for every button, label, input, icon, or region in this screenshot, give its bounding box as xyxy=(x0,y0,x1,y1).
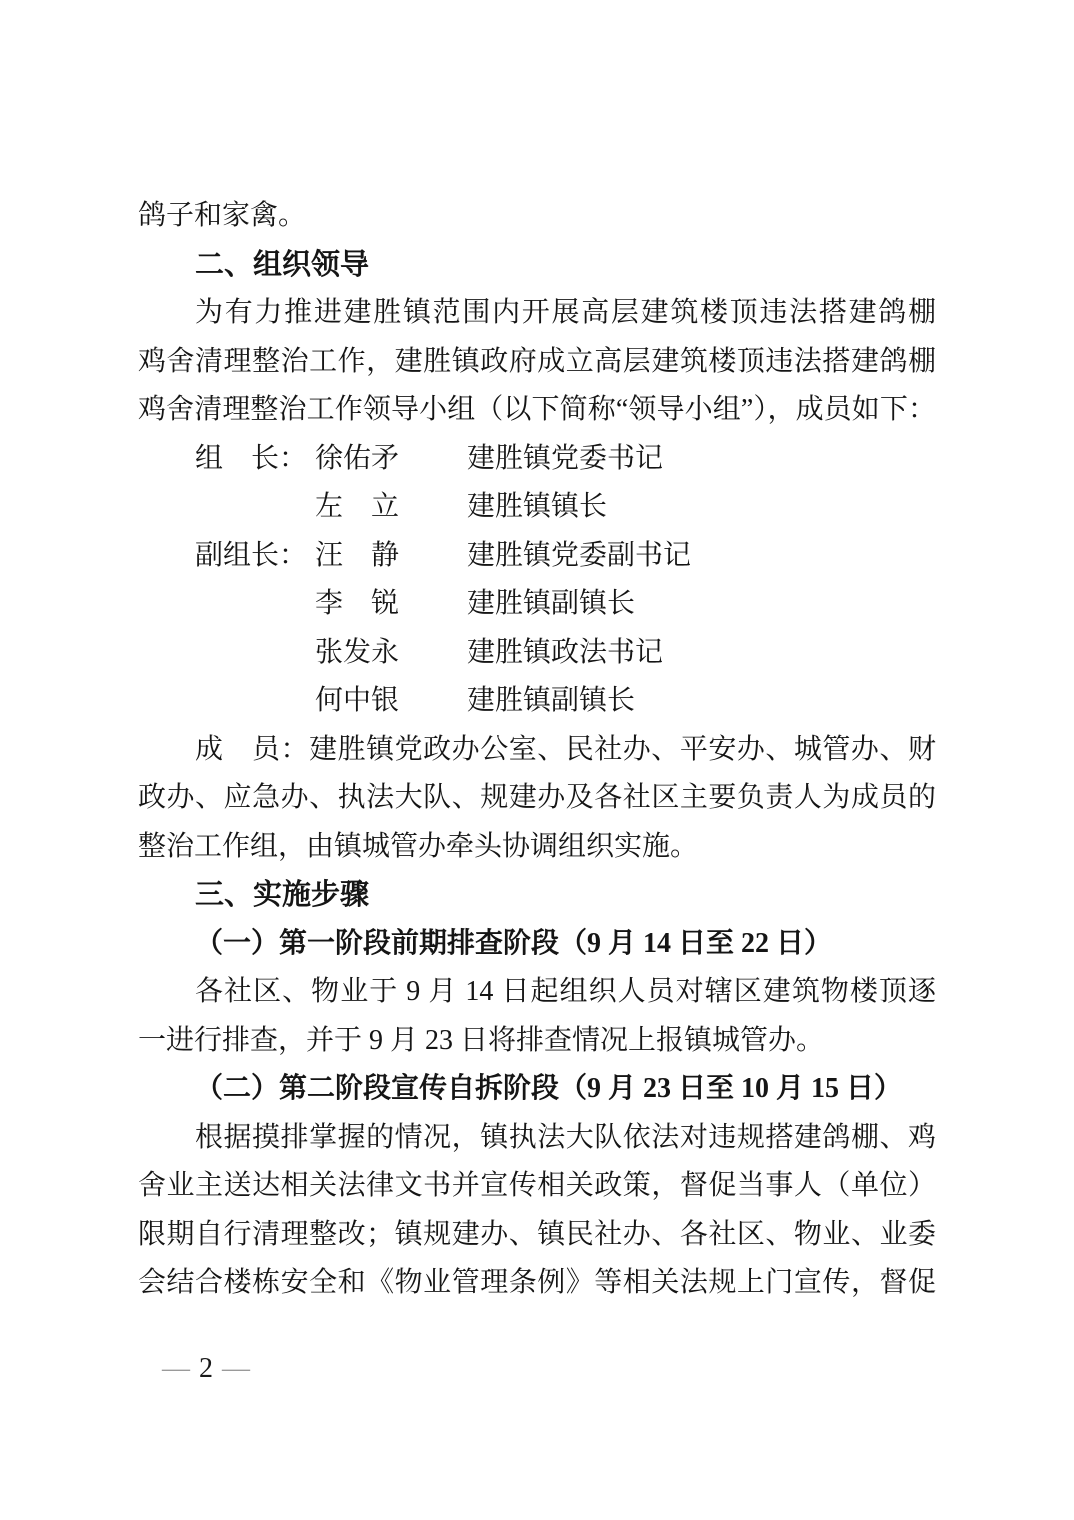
body-line: 限期自行清理整改；镇规建办、镇民社办、各社区、物业、业委 xyxy=(138,1211,936,1260)
phase2-heading: （二）第二阶段宣传自拆阶段（9 月 23 日至 10 月 15 日） xyxy=(138,1065,936,1114)
body-line: 舍业主送达相关法律文书并宣传相关政策，督促当事人（单位） xyxy=(138,1162,936,1211)
leader-row: 左 立建胜镇镇长 xyxy=(138,483,936,532)
section-heading-implementation-steps: 三、实施步骤 xyxy=(138,871,936,920)
leader-name: 左 立 xyxy=(315,483,407,532)
members-line: 政办、应急办、执法大队、规建办及各社区主要负责人为成员的 xyxy=(138,774,936,823)
body-line: 根据摸排掌握的情况，镇执法大队依法对违规搭建鸽棚、鸡 xyxy=(138,1114,936,1163)
body-line: 各社区、物业于 9 月 14 日起组织人员对辖区建筑物楼顶逐 xyxy=(138,968,936,1017)
leader-row: 张发永建胜镇政法书记 xyxy=(138,629,936,678)
leader-role-label: 副组长： xyxy=(195,532,315,581)
leader-row: 副组长：汪 静建胜镇党委副书记 xyxy=(138,532,936,581)
page-number-footer: —2— xyxy=(162,1345,250,1393)
members-line: 成 员：建胜镇党政办公室、民社办、平安办、城管办、财 xyxy=(138,726,936,775)
leader-title: 建胜镇副镇长 xyxy=(467,685,635,716)
leader-name: 李 锐 xyxy=(315,580,407,629)
leader-title: 建胜镇镇长 xyxy=(467,491,607,522)
leader-title: 建胜镇党委书记 xyxy=(467,443,663,474)
members-text: 建胜镇党政办公室、民社办、平安办、城管办、财 xyxy=(309,734,936,765)
leader-name: 何中银 xyxy=(315,677,407,726)
page-content: 鸽子和家禽。 二、组织领导 为有力推进建胜镇范围内开展高层建筑楼顶违法搭建鸽棚 … xyxy=(138,192,936,1308)
leader-row: 组 长：徐佑矛建胜镇党委书记 xyxy=(138,435,936,484)
leader-title: 建胜镇副镇长 xyxy=(467,588,635,619)
page-number-dash-left: — xyxy=(162,1353,190,1384)
page-number-dash-right: — xyxy=(222,1353,250,1384)
section-heading-organization-leadership: 二、组织领导 xyxy=(138,241,936,290)
leader-name: 张发永 xyxy=(315,629,407,678)
page-number: 2 xyxy=(190,1353,222,1384)
leader-role-label: 组 长： xyxy=(195,435,315,484)
leader-row: 李 锐建胜镇副镇长 xyxy=(138,580,936,629)
leader-name: 徐佑矛 xyxy=(315,435,407,484)
body-line: 会结合楼栋安全和《物业管理条例》等相关法规上门宣传，督促 xyxy=(138,1259,936,1308)
paragraph-continuation-line: 鸽子和家禽。 xyxy=(138,192,936,241)
body-line: 鸡舍清理整治工作，建胜镇政府成立高层建筑楼顶违法搭建鸽棚 xyxy=(138,338,936,387)
members-line: 整治工作组，由镇城管办牵头协调组织实施。 xyxy=(138,823,936,872)
members-role-label: 成 员： xyxy=(195,734,309,765)
body-line: 一进行排查，并于 9 月 23 日将排查情况上报镇城管办。 xyxy=(138,1017,936,1066)
leader-title: 建胜镇政法书记 xyxy=(467,637,663,668)
body-line: 鸡舍清理整治工作领导小组（以下简称“领导小组”），成员如下： xyxy=(138,386,936,435)
leader-name: 汪 静 xyxy=(315,532,407,581)
document-page: 鸽子和家禽。 二、组织领导 为有力推进建胜镇范围内开展高层建筑楼顶违法搭建鸽棚 … xyxy=(0,0,1074,1520)
phase1-heading: （一）第一阶段前期排查阶段（9 月 14 日至 22 日） xyxy=(138,920,936,969)
body-line: 为有力推进建胜镇范围内开展高层建筑楼顶违法搭建鸽棚 xyxy=(138,289,936,338)
leader-row: 何中银建胜镇副镇长 xyxy=(138,677,936,726)
leader-title: 建胜镇党委副书记 xyxy=(467,540,691,571)
